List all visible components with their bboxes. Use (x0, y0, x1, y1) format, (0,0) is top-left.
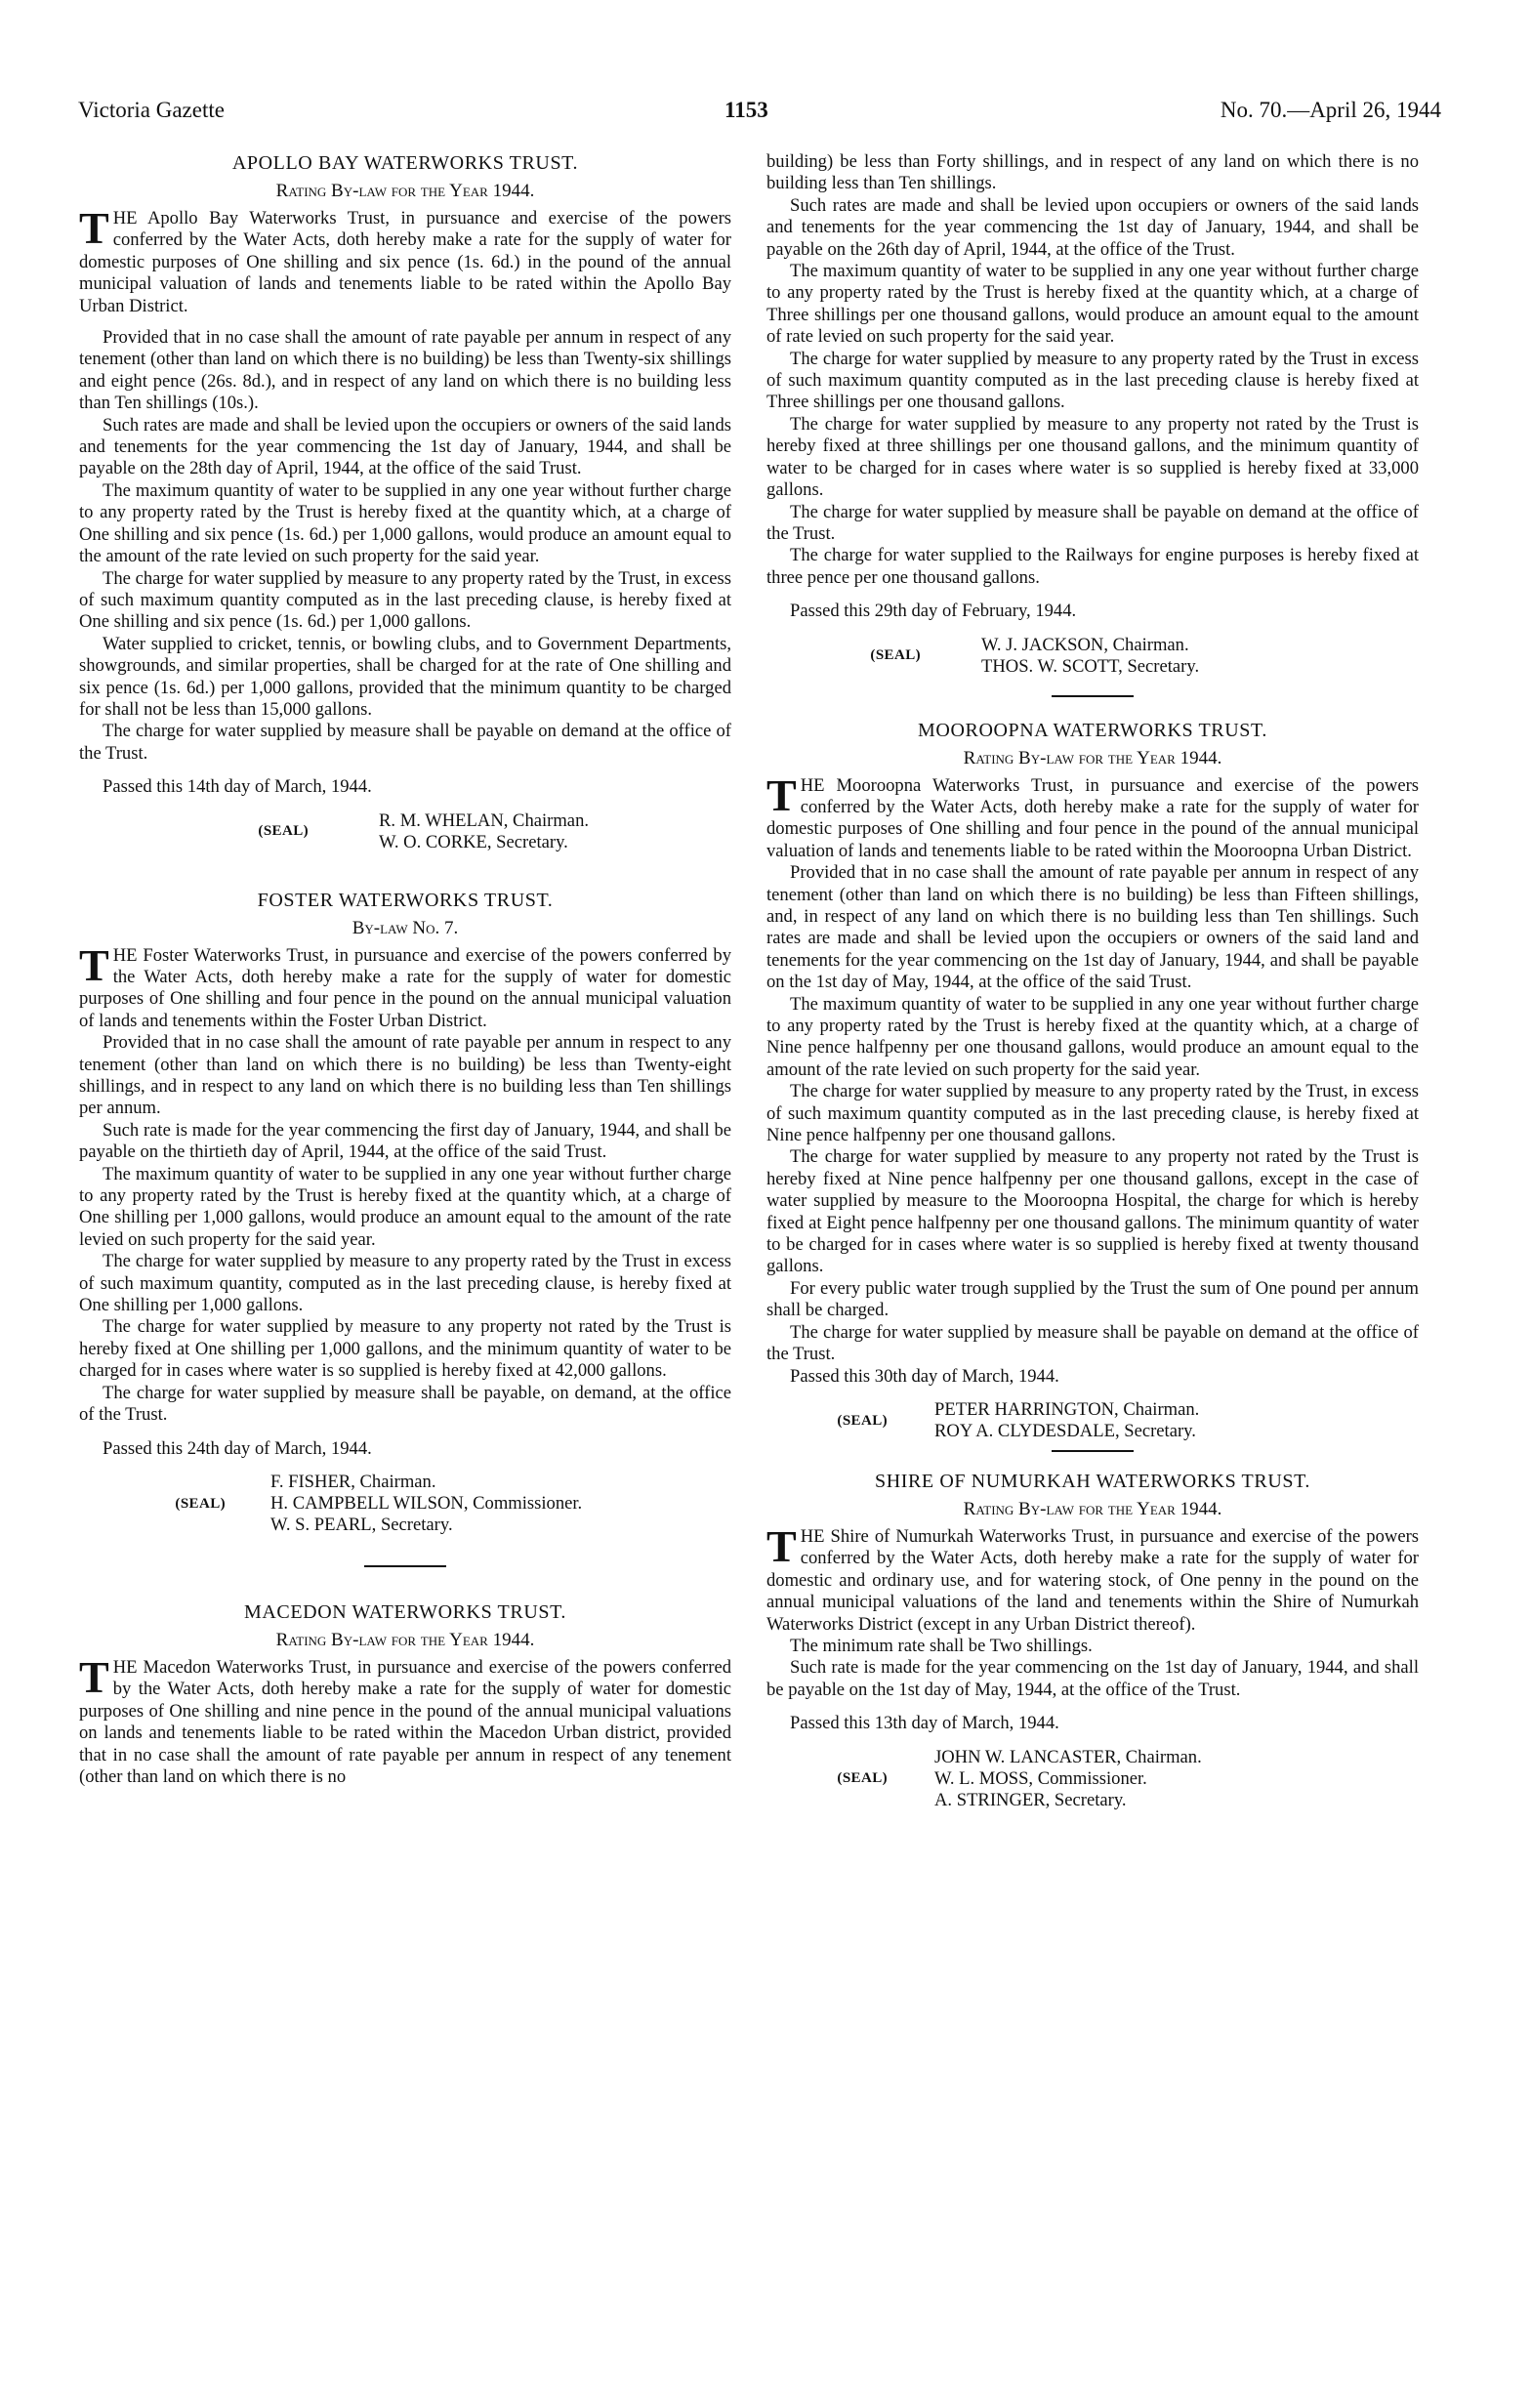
signatory: ROY A. CLYDESDALE, Secretary. (934, 1421, 1199, 1442)
signatory: W. S. PEARL, Secretary. (270, 1515, 582, 1536)
passed-date: Passed this 13th day of March, 1944. (766, 1713, 1419, 1734)
paragraph: The charge for water supplied by measure… (766, 1081, 1419, 1146)
lead-text: HE Mooroopna Waterworks Trust, in pursua… (766, 775, 1419, 861)
drop-cap: T (79, 947, 109, 984)
page-header: Victoria Gazette 1153 No. 70.—April 26, … (78, 98, 1441, 137)
seal-label: (SEAL) (79, 1493, 226, 1515)
passed-date: Passed this 29th day of February, 1944. (766, 601, 1419, 622)
paragraph: Such rate is made for the year commencin… (79, 1120, 731, 1164)
signatory: W. L. MOSS, Commissioner. (934, 1768, 1202, 1790)
lead-text: HE Shire of Numurkah Waterworks Trust, i… (766, 1526, 1419, 1635)
signature-block: (SEAL) JOHN W. LANCASTER, Chairman. W. L… (766, 1747, 1419, 1811)
paragraph: The charge for water supplied to the Rai… (766, 545, 1419, 589)
paragraph: The maximum quantity of water to be supp… (766, 261, 1419, 349)
notice-title: MACEDON WATERWORKS TRUST. (79, 1600, 731, 1624)
paragraph: The charge for water supplied by measure… (766, 349, 1419, 414)
paragraph: The charge for water supplied by measure… (79, 1383, 731, 1427)
signature-block: (SEAL) W. J. JACKSON, Chairman. THOS. W.… (766, 635, 1419, 678)
left-column: APOLLO BAY WATERWORKS TRUST. Rating By-l… (79, 151, 731, 1788)
notice-lead-paragraph: THE Mooroopna Waterworks Trust, in pursu… (766, 775, 1419, 863)
lead-text: HE Foster Waterworks Trust, in pursuance… (79, 945, 731, 1031)
notice-lead-paragraph: THE Apollo Bay Waterworks Trust, in purs… (79, 208, 731, 317)
paragraph: The charge for water supplied by measure… (79, 568, 731, 634)
signatory: A. STRINGER, Secretary. (934, 1790, 1202, 1811)
signature-block: (SEAL) R. M. WHELAN, Chairman. W. O. COR… (79, 810, 731, 853)
notice-title: FOSTER WATERWORKS TRUST. (79, 889, 731, 912)
signatory: R. M. WHELAN, Chairman. (379, 810, 589, 832)
signatories: F. FISHER, Chairman. H. CAMPBELL WILSON,… (270, 1472, 582, 1536)
paragraph: Water supplied to cricket, tennis, or bo… (79, 634, 731, 722)
notice-numurkah: SHIRE OF NUMURKAH WATERWORKS TRUST. Rati… (766, 1470, 1419, 1811)
paragraph: Such rates are made and shall be levied … (79, 415, 731, 480)
signatories: W. J. JACKSON, Chairman. THOS. W. SCOTT,… (981, 635, 1199, 678)
notice-lead-paragraph: THE Shire of Numurkah Waterworks Trust, … (766, 1526, 1419, 1636)
signatory: PETER HARRINGTON, Chairman. (934, 1399, 1199, 1421)
seal-label: (SEAL) (766, 644, 921, 666)
notice-macedon: MACEDON WATERWORKS TRUST. Rating By-law … (79, 1600, 731, 1788)
section-divider (1052, 695, 1134, 697)
continued-paragraph: building) be less than Forty shillings, … (766, 151, 1419, 195)
notice-subtitle: Rating By-law for the Year 1944. (766, 748, 1419, 769)
signatory: W. J. JACKSON, Chairman. (981, 635, 1199, 656)
signatory: H. CAMPBELL WILSON, Commissioner. (270, 1493, 582, 1515)
drop-cap: T (79, 210, 109, 247)
paragraph: Provided that in no case shall the amoun… (79, 327, 731, 415)
paragraph: Such rate is made for the year commencin… (766, 1657, 1419, 1701)
paragraph: Such rates are made and shall be levied … (766, 195, 1419, 261)
seal-label: (SEAL) (766, 1767, 888, 1789)
notice-title: APOLLO BAY WATERWORKS TRUST. (79, 151, 731, 175)
passed-date: Passed this 30th day of March, 1944. (766, 1366, 1419, 1388)
signature-block: (SEAL) PETER HARRINGTON, Chairman. ROY A… (766, 1399, 1419, 1442)
paragraph: The maximum quantity of water to be supp… (79, 480, 731, 568)
drop-cap: T (79, 1659, 109, 1696)
paragraph: Provided that in no case shall the amoun… (766, 862, 1419, 993)
notice-subtitle: Rating By-law for the Year 1944. (79, 181, 731, 202)
notice-apollo-bay: APOLLO BAY WATERWORKS TRUST. Rating By-l… (79, 151, 731, 853)
paragraph: The minimum rate shall be Two shillings. (766, 1636, 1419, 1657)
notice-subtitle: By-law No. 7. (79, 918, 731, 939)
signatories: PETER HARRINGTON, Chairman. ROY A. CLYDE… (934, 1399, 1199, 1442)
notice-lead-paragraph: THE Foster Waterworks Trust, in pursuanc… (79, 945, 731, 1033)
notice-macedon-continued: building) be less than Forty shillings, … (766, 151, 1419, 678)
signatory: THOS. W. SCOTT, Secretary. (981, 656, 1199, 678)
paragraph: The charge for water supplied by measure… (766, 414, 1419, 502)
signatory: JOHN W. LANCASTER, Chairman. (934, 1747, 1202, 1768)
paragraph: The charge for water supplied by measure… (766, 1322, 1419, 1366)
paragraph: The charge for water supplied by measure… (79, 1251, 731, 1316)
notice-title: SHIRE OF NUMURKAH WATERWORKS TRUST. (766, 1470, 1419, 1493)
notice-lead-paragraph: THE Macedon Waterworks Trust, in pursuan… (79, 1657, 731, 1788)
notice-title: MOOROOPNA WATERWORKS TRUST. (766, 719, 1419, 742)
signatory: F. FISHER, Chairman. (270, 1472, 582, 1493)
publication-name: Victoria Gazette (78, 98, 225, 123)
seal-label: (SEAL) (766, 1410, 888, 1432)
paragraph: The charge for water supplied by measure… (79, 1316, 731, 1382)
lead-text: HE Macedon Waterworks Trust, in pursuanc… (79, 1657, 731, 1787)
signatories: JOHN W. LANCASTER, Chairman. W. L. MOSS,… (934, 1747, 1202, 1811)
notice-subtitle: Rating By-law for the Year 1944. (766, 1499, 1419, 1520)
drop-cap: T (766, 1528, 797, 1565)
paragraph: For every public water trough supplied b… (766, 1278, 1419, 1322)
lead-text: HE Apollo Bay Waterworks Trust, in pursu… (79, 208, 731, 316)
notice-mooroopna: MOOROOPNA WATERWORKS TRUST. Rating By-la… (766, 719, 1419, 1442)
right-column: building) be less than Forty shillings, … (766, 151, 1419, 1819)
signatory: W. O. CORKE, Secretary. (379, 832, 589, 853)
paragraph: The charge for water supplied by measure… (79, 721, 731, 765)
notice-subtitle: Rating By-law for the Year 1944. (79, 1630, 731, 1651)
paragraph: The maximum quantity of water to be supp… (79, 1164, 731, 1252)
issue-date: No. 70.—April 26, 1944 (1221, 98, 1441, 123)
signature-block: (SEAL) F. FISHER, Chairman. H. CAMPBELL … (79, 1472, 731, 1536)
paragraph: The charge for water supplied by measure… (766, 1146, 1419, 1277)
paragraph: The charge for water supplied by measure… (766, 502, 1419, 546)
signatories: R. M. WHELAN, Chairman. W. O. CORKE, Sec… (379, 810, 589, 853)
notice-foster: FOSTER WATERWORKS TRUST. By-law No. 7. T… (79, 889, 731, 1536)
paragraph: Provided that in no case shall the amoun… (79, 1032, 731, 1120)
drop-cap: T (766, 777, 797, 814)
paragraph: The maximum quantity of water to be supp… (766, 994, 1419, 1082)
page-number: 1153 (724, 98, 768, 123)
seal-label: (SEAL) (79, 820, 309, 842)
section-divider (1052, 1450, 1134, 1452)
section-divider (364, 1565, 446, 1567)
passed-date: Passed this 14th day of March, 1944. (79, 776, 731, 798)
passed-date: Passed this 24th day of March, 1944. (79, 1438, 731, 1460)
